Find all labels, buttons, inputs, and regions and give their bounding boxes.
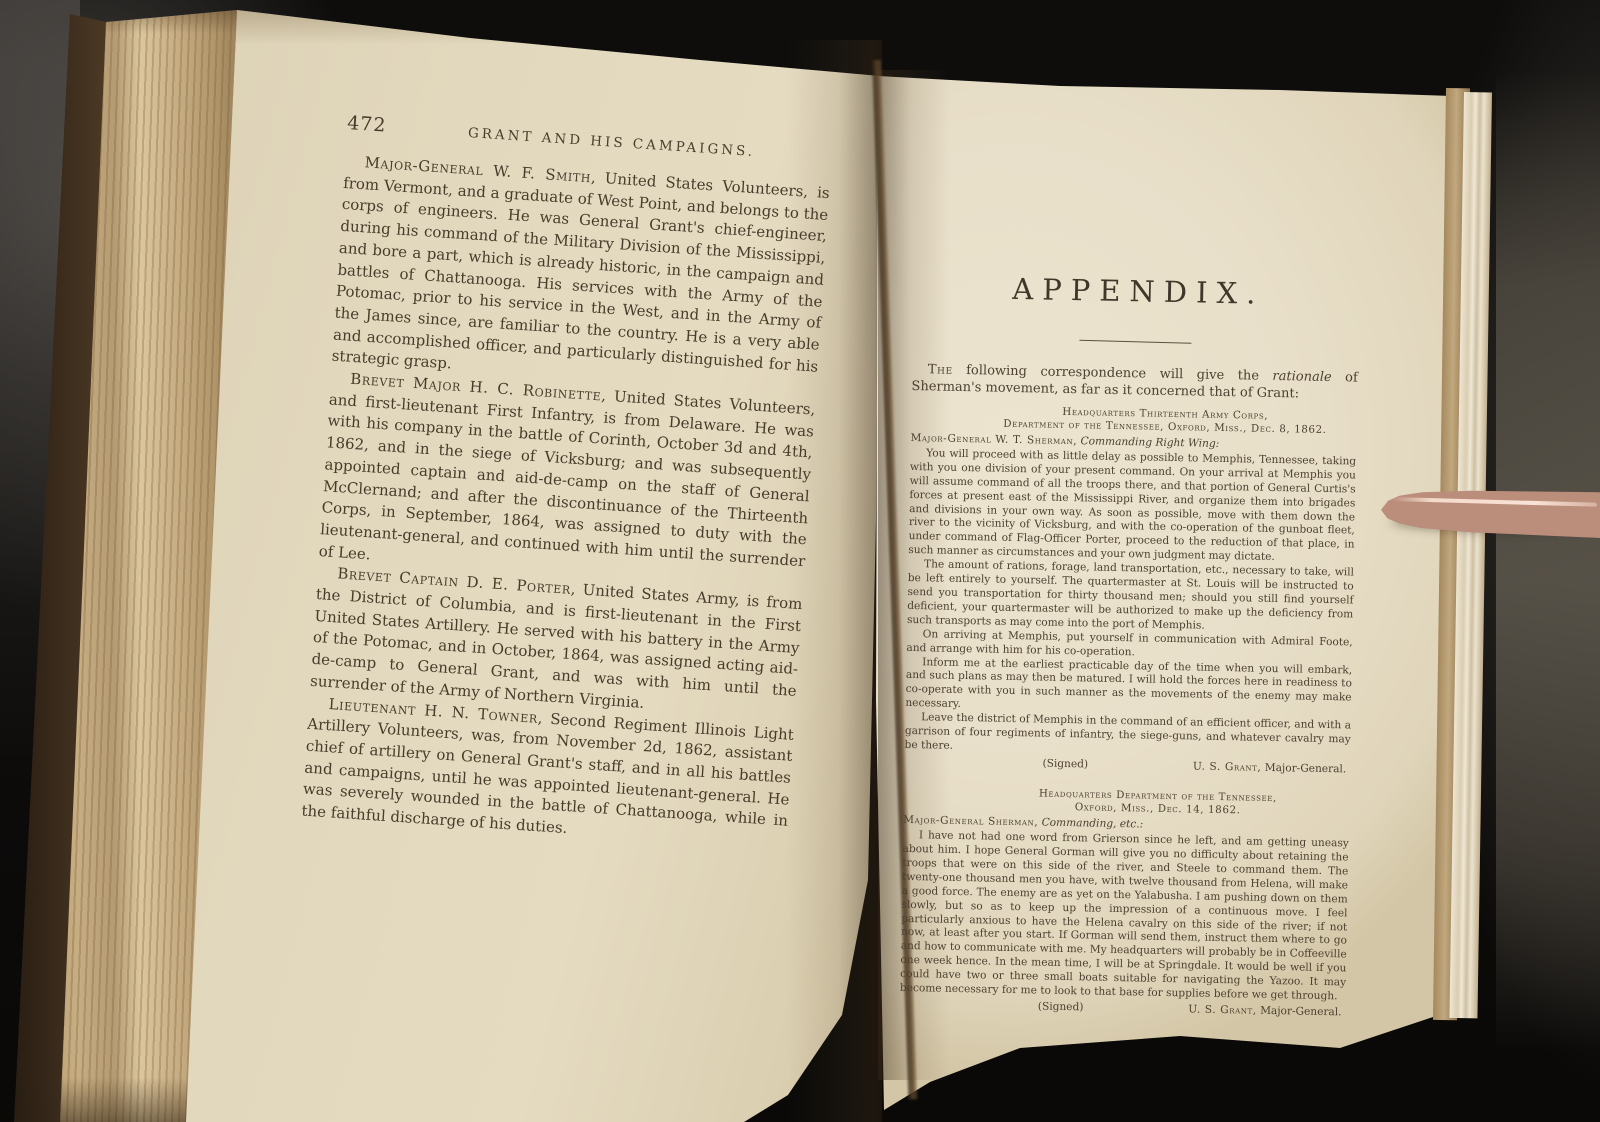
signed-label: (Signed)	[1038, 1000, 1084, 1015]
letter-paragraph: You will proceed with as little delay as…	[908, 447, 1356, 567]
intro-emphasis: rationale	[1272, 369, 1331, 385]
signature-title: Major-General.	[1257, 1005, 1342, 1019]
paragraph-text: , United States Volunteers, and first-li…	[318, 386, 816, 570]
salutation-role: Commanding Right Wing:	[1077, 435, 1219, 450]
signature-name: U. S. Grant,	[1188, 1003, 1257, 1016]
book-photo: 472 GRANT AND HIS CAMPAIGNS. Major-Gener…	[0, 0, 1600, 1122]
title-divider-rule	[1079, 340, 1191, 344]
appendix-title: APPENDIX.	[917, 270, 1360, 312]
letter-paragraph: I have not had one word from Grierson si…	[900, 829, 1349, 1004]
letter-paragraph: The amount of rations, forage, land tran…	[907, 558, 1354, 636]
salutation-name: Major-General Sherman,	[903, 814, 1038, 829]
signature-name: U. S. Grant,	[1193, 760, 1262, 773]
right-page-text: APPENDIX. The following correspondence w…	[899, 256, 1359, 1020]
intro-paragraph: The following correspondence will give t…	[911, 362, 1358, 404]
left-page-body: Major-General W. F. Smith, United States…	[301, 151, 831, 855]
signature: U. S. Grant, Major-General.	[1188, 1003, 1346, 1020]
paragraph-text: , United States Volunteers, is from Verm…	[331, 168, 830, 375]
paragraph: Brevet Major H. C. Robinette, United Sta…	[318, 367, 816, 594]
signature-title: Major-General.	[1261, 762, 1346, 776]
page-number: 472	[347, 112, 418, 139]
paragraph: Major-General W. F. Smith, United States…	[331, 151, 830, 400]
salutation-role: Commanding, etc.:	[1038, 817, 1143, 831]
letter-block: Headquarters Department of the Tennessee…	[899, 785, 1349, 1021]
intro-lead: The	[928, 362, 953, 377]
letter-paragraph: Leave the district of Memphis in the com…	[904, 711, 1351, 761]
letter-block: Headquarters Thirteenth Army Corps, Depa…	[904, 403, 1357, 778]
signed-label: (Signed)	[1042, 757, 1088, 772]
salutation-name: Major-General W. T. Sherman,	[910, 432, 1077, 447]
paragraph-text: , United States Army, is from the Distri…	[310, 580, 803, 712]
letter-paragraph: Inform me at the earliest practicable da…	[905, 655, 1352, 719]
paragraph-text: , Second Regiment Illinois Light Artille…	[301, 709, 794, 838]
left-page-text: 472 GRANT AND HIS CAMPAIGNS. Major-Gener…	[301, 112, 833, 854]
background-right-band	[1496, 70, 1600, 1050]
signature: U. S. Grant, Major-General.	[1193, 760, 1351, 777]
